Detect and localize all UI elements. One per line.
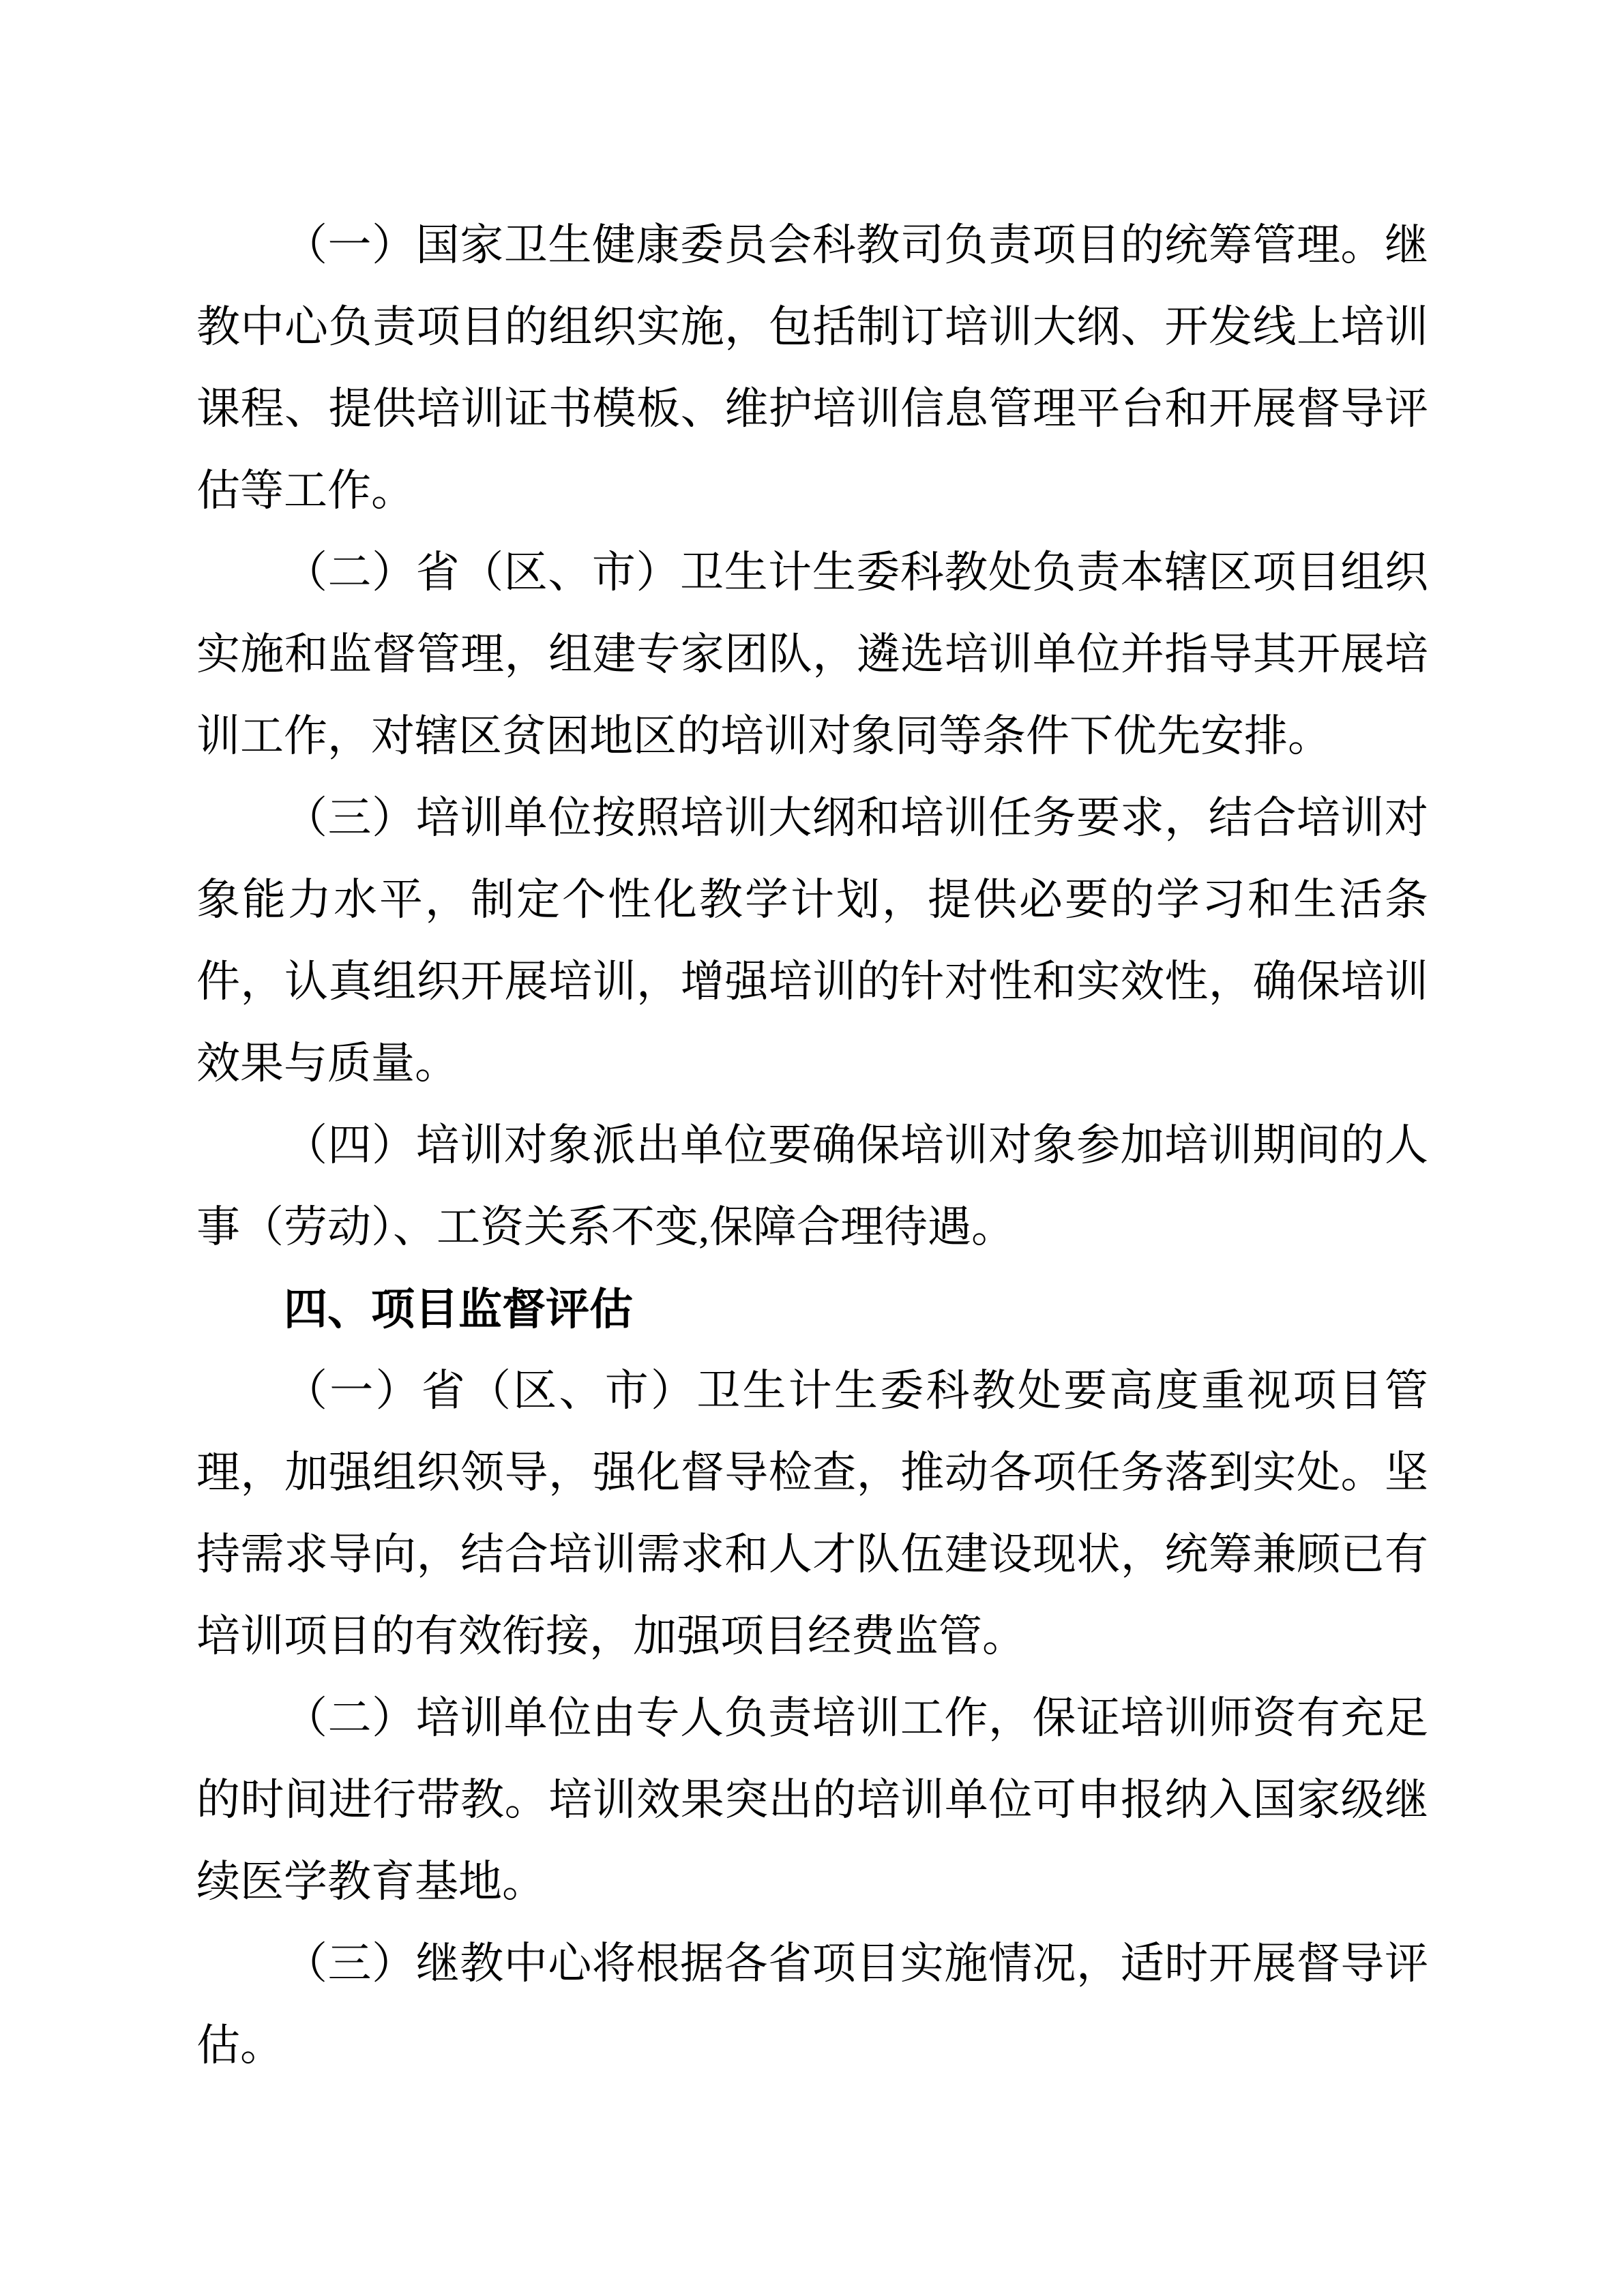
document-page: （一）国家卫生健康委员会科教司负责项目的统筹管理。继教中心负责项目的组织实施，包…	[0, 0, 1624, 2296]
paragraph-item-4: （四）培训对象派出单位要确保培训对象参加培训期间的人事（劳动）、工资关系不变,保…	[196, 1105, 1428, 1268]
document-body-text: （一）国家卫生健康委员会科教司负责项目的统筹管理。继教中心负责项目的组织实施，包…	[196, 205, 1428, 2087]
paragraph-item-7: （三）继教中心将根据各省项目实施情况，适时开展督导评估。	[196, 1923, 1428, 2087]
paragraph-item-3: （三）培训单位按照培训大纲和培训任务要求，结合培训对象能力水平，制定个性化教学计…	[196, 777, 1428, 1105]
section-heading: 四、项目监督评估	[196, 1268, 1428, 1350]
paragraph-item-6: （二）培训单位由专人负责培训工作，保证培训师资有充足的时间进行带教。培训效果突出…	[196, 1678, 1428, 1923]
paragraph-item-5: （一）省（区、市）卫生计生委科教处要高度重视项目管理，加强组织领导，强化督导检查…	[196, 1350, 1428, 1678]
paragraph-item-1: （一）国家卫生健康委员会科教司负责项目的统筹管理。继教中心负责项目的组织实施，包…	[196, 205, 1428, 532]
paragraph-item-2: （二）省（区、市）卫生计生委科教处负责本辖区项目组织实施和监督管理，组建专家团队…	[196, 532, 1428, 777]
